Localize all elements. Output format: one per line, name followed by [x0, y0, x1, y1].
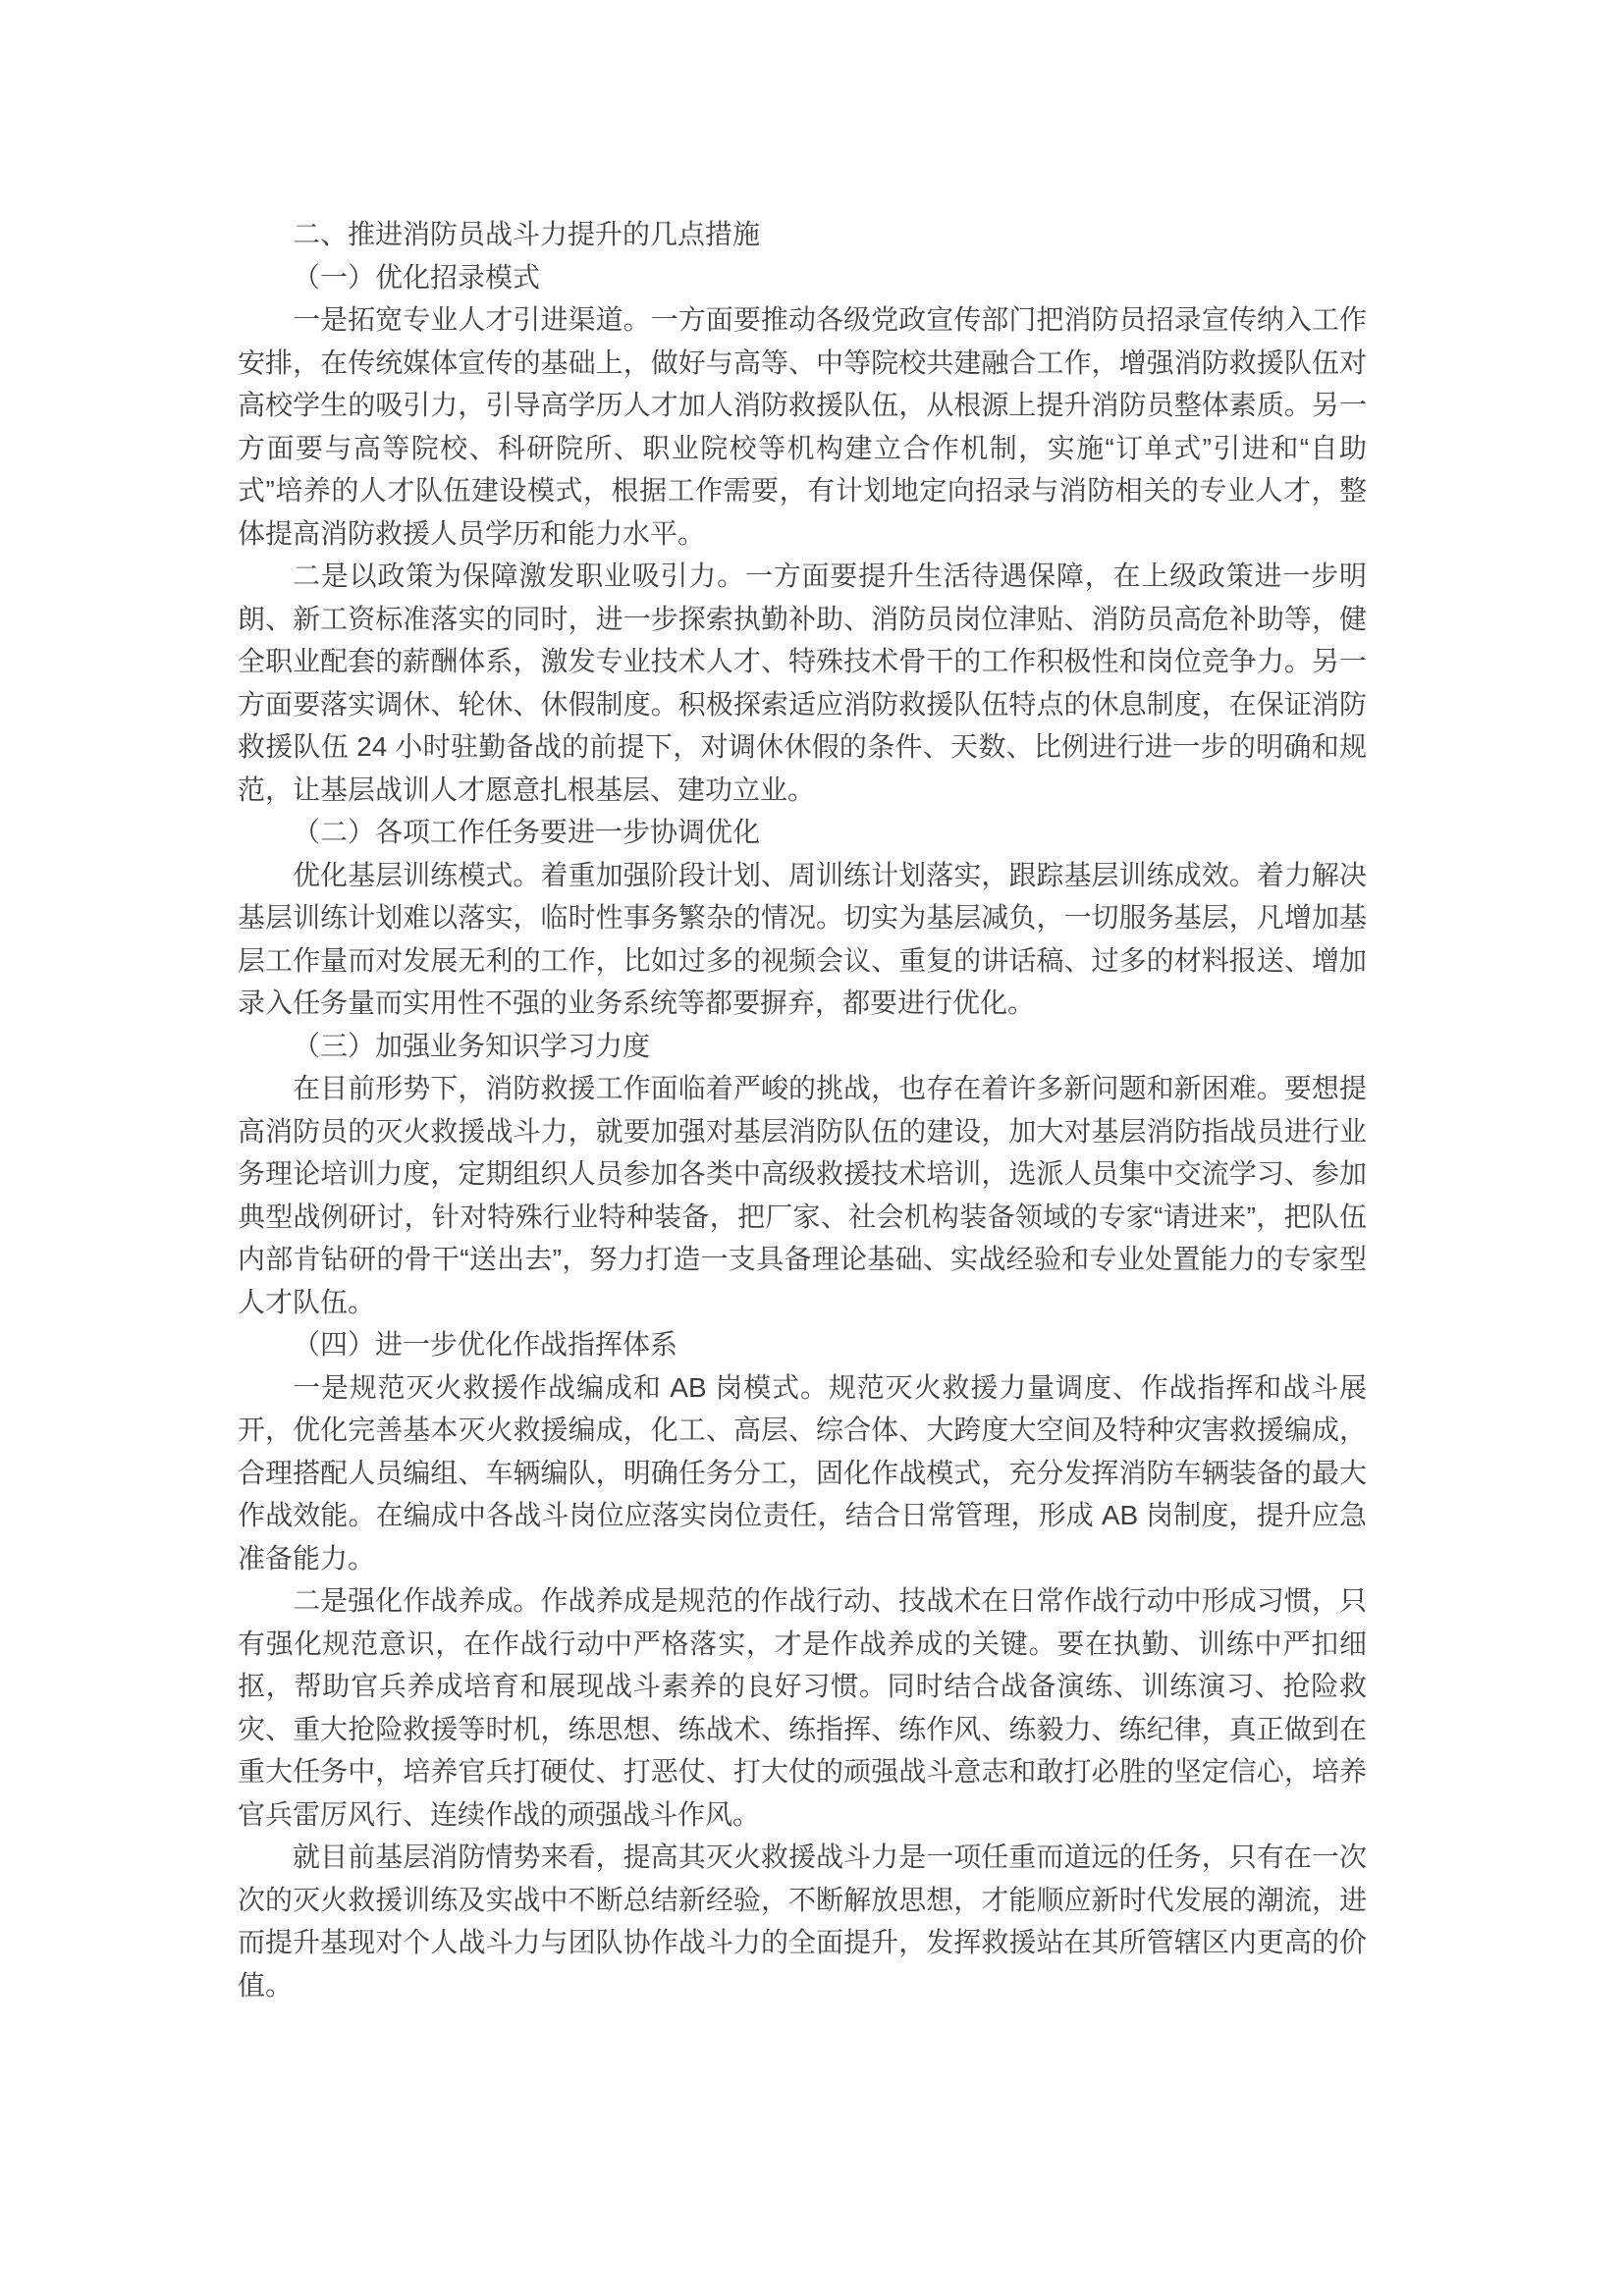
section-heading: （一）优化招录模式	[238, 256, 1367, 299]
section-heading: （三）加强业务知识学习力度	[238, 1025, 1367, 1068]
document-paragraph: 就目前基层消防情势来看，提高其灭火救援战斗力是一项任重而道远的任务，只有在一次次…	[238, 1836, 1367, 2006]
document-paragraph: 二是以政策为保障激发职业吸引力。一方面要提升生活待遇保障，在上级政策进一步明朗、…	[238, 555, 1367, 811]
document-paragraph: 在目前形势下，消防救援工作面临着严峻的挑战，也存在着许多新问题和新困难。要想提高…	[238, 1067, 1367, 1323]
document-page: 二、推进消防员战斗力提升的几点措施（一）优化招录模式一是拓宽专业人才引进渠道。一…	[238, 213, 1367, 2006]
section-heading: 二、推进消防员战斗力提升的几点措施	[238, 213, 1367, 256]
document-paragraph: 优化基层训练模式。着重加强阶段计划、周训练计划落实，跟踪基层训练成效。着力解决基…	[238, 854, 1367, 1025]
document-paragraph: 一是拓宽专业人才引进渠道。一方面要推动各级党政宣传部门把消防员招录宣传纳入工作安…	[238, 298, 1367, 555]
document-paragraph: 二是强化作战养成。作战养成是规范的作战行动、技战术在日常作战行动中形成习惯，只有…	[238, 1579, 1367, 1836]
document-paragraph: 一是规范灭火救援作战编成和 AB 岗模式。规范灭火救援力量调度、作战指挥和战斗展…	[238, 1366, 1367, 1580]
section-heading: （二）各项工作任务要进一步协调优化	[238, 811, 1367, 854]
section-heading: （四）进一步优化作战指挥体系	[238, 1323, 1367, 1366]
